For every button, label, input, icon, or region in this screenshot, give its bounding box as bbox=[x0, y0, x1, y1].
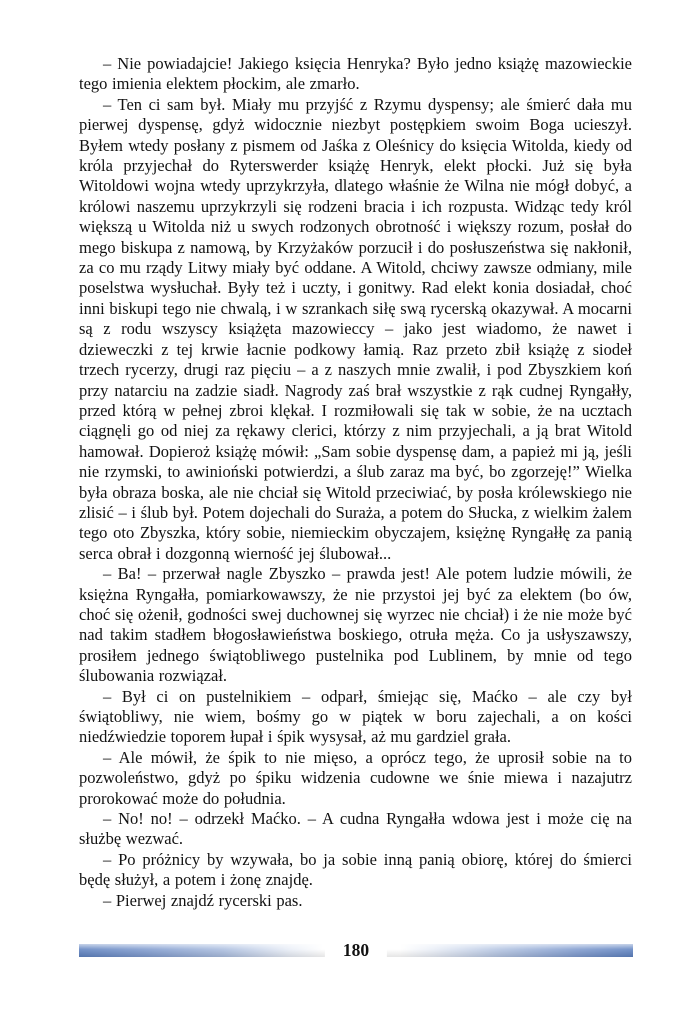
paragraph: – Nie powiadajcie! Jakiego księcia Henry… bbox=[79, 54, 632, 95]
paragraph: – Ale mówił, że śpik to nie mięso, a opr… bbox=[79, 748, 632, 809]
page-footer: 180 bbox=[79, 940, 633, 962]
text-block: – Nie powiadajcie! Jakiego księcia Henry… bbox=[79, 54, 632, 936]
page-number: 180 bbox=[325, 940, 387, 961]
paragraph: – Ten ci sam był. Miały mu przyjść z Rzy… bbox=[79, 95, 632, 564]
paragraph: – Był ci on pustelnikiem – odparł, śmiej… bbox=[79, 687, 632, 748]
paragraph: – No! no! – odrzekł Maćko. – A cudna Ryn… bbox=[79, 809, 632, 850]
book-page: – Nie powiadajcie! Jakiego księcia Henry… bbox=[0, 0, 700, 1018]
paragraph: – Pierwej znajdź rycerski pas. bbox=[79, 891, 632, 911]
paragraph: – Po próżnicy by wzywała, bo ja sobie in… bbox=[79, 850, 632, 891]
paragraph: – Ba! – przerwał nagle Zbyszko – prawda … bbox=[79, 564, 632, 686]
